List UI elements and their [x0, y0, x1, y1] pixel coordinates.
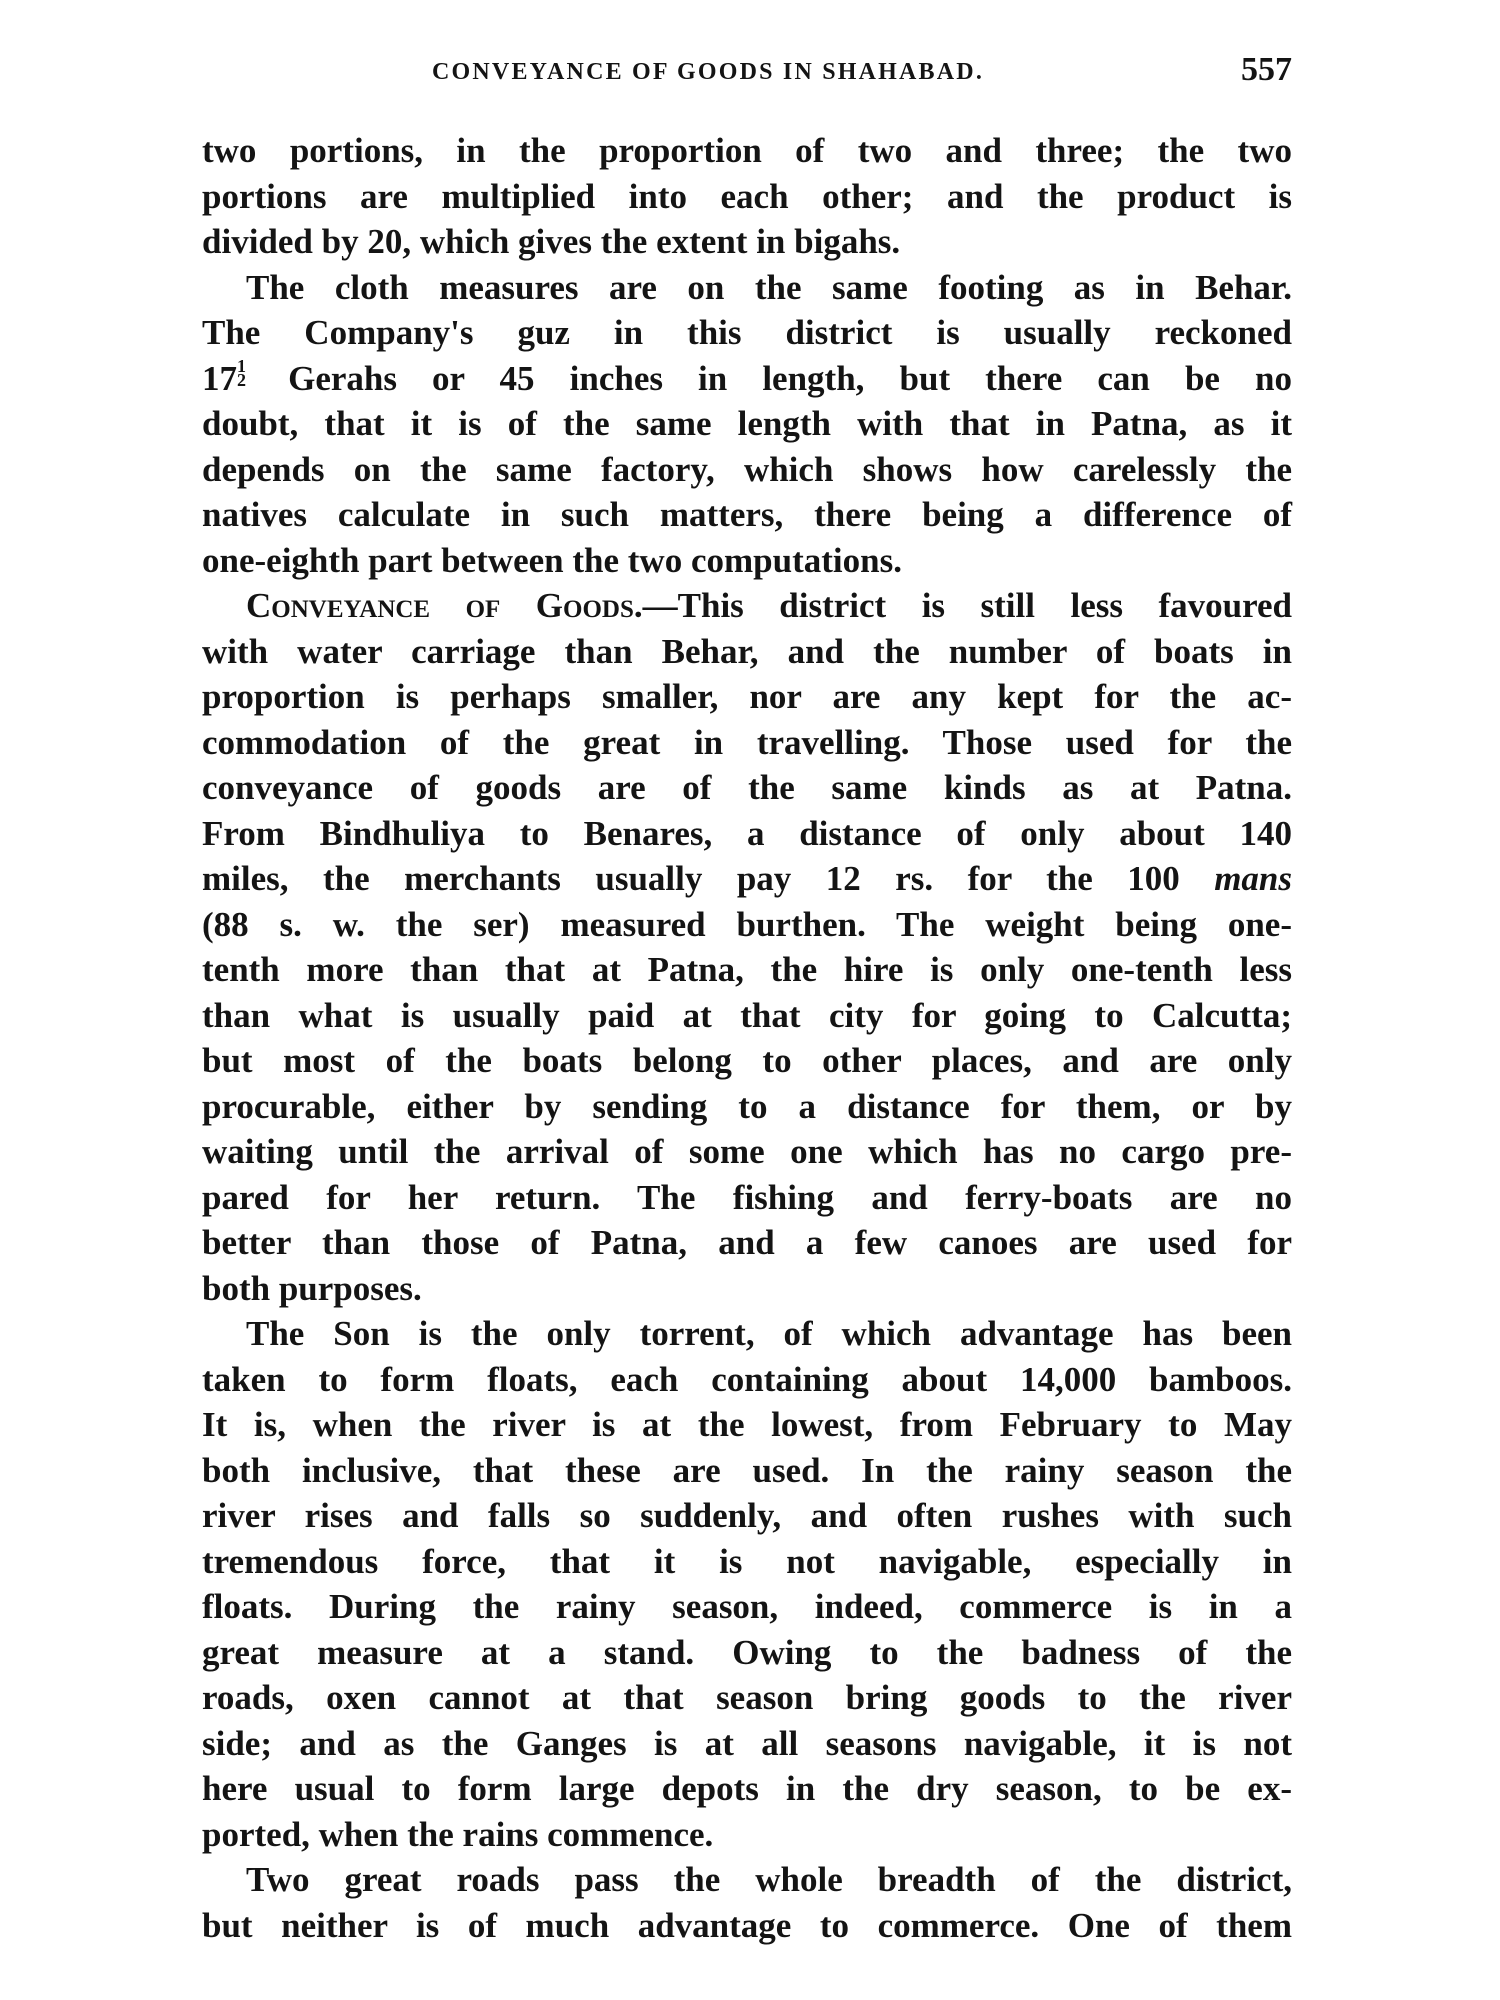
page-number: 557 — [1241, 48, 1292, 92]
text-line: doubt, that it is of the same length wit… — [202, 401, 1292, 447]
text-line: ported, when the rains commence. — [202, 1812, 1292, 1858]
text-line: The cloth measures are on the same footi… — [202, 265, 1292, 311]
text-line: roads, oxen cannot at that season bring … — [202, 1675, 1292, 1721]
text-line: both purposes. — [202, 1266, 1292, 1312]
text-line: floats. During the rainy season, indeed,… — [202, 1584, 1292, 1630]
line-rest: Gerahs or 45 inches in length, but there… — [288, 359, 1292, 398]
running-title: CONVEYANCE OF GOODS IN SHAHABAD. — [432, 52, 984, 92]
text-line: here usual to form large depots in the d… — [202, 1766, 1292, 1812]
text-line: side; and as the Ganges is at all season… — [202, 1721, 1292, 1767]
text-line: tremendous force, that it is not navigab… — [202, 1539, 1292, 1585]
text-line: From Bindhuliya to Benares, a distance o… — [202, 811, 1292, 857]
text-line: Two great roads pass the whole breadth o… — [202, 1857, 1292, 1903]
text-line: portions are multiplied into each other;… — [202, 174, 1292, 220]
text-line: The Son is the only torrent, of which ad… — [202, 1311, 1292, 1357]
text-line: both inclusive, that these are used. In … — [202, 1448, 1292, 1494]
text-line: miles, the merchants usually pay 12 rs. … — [202, 856, 1292, 902]
text-line: conveyance of goods are of the same kind… — [202, 765, 1292, 811]
text-line: great measure at a stand. Owing to the b… — [202, 1630, 1292, 1676]
whole-number: 17 — [202, 359, 237, 398]
fraction-denominator: 2 — [237, 373, 253, 387]
paragraph-4: The Son is the only torrent, of which ad… — [202, 1311, 1292, 1857]
text-line: depends on the same factory, which shows… — [202, 447, 1292, 493]
text-line: one-eighth part between the two computat… — [202, 538, 1292, 584]
paragraph-5: Two great roads pass the whole breadth o… — [202, 1857, 1292, 1948]
text-line: than what is usually paid at that city f… — [202, 993, 1292, 1039]
paragraph-2: The cloth measures are on the same footi… — [202, 265, 1292, 584]
book-page: CONVEYANCE OF GOODS IN SHAHABAD. 557 two… — [0, 0, 1500, 2000]
fraction-half: 12 — [237, 359, 253, 387]
text-line: with water carriage than Behar, and the … — [202, 629, 1292, 675]
italic-term: mans — [1214, 859, 1292, 898]
text-line: It is, when the river is at the lowest, … — [202, 1402, 1292, 1448]
paragraph-3: Conveyance of Goods.—This district is st… — [202, 583, 1292, 1311]
section-heading: Conveyance of Goods. — [246, 586, 643, 625]
text-line: river rises and falls so suddenly, and o… — [202, 1493, 1292, 1539]
text-line: natives calculate in such matters, there… — [202, 492, 1292, 538]
text-line: divided by 20, which gives the extent in… — [202, 219, 1292, 265]
text-line: Conveyance of Goods.—This district is st… — [202, 583, 1292, 629]
text-line: two portions, in the proportion of two a… — [202, 128, 1292, 174]
text-line: but neither is of much advantage to comm… — [202, 1903, 1292, 1949]
text-line: waiting until the arrival of some one wh… — [202, 1129, 1292, 1175]
paragraph-1: two portions, in the proportion of two a… — [202, 128, 1292, 265]
text-line: tenth more than that at Patna, the hire … — [202, 947, 1292, 993]
text-line: pared for her return. The fishing and fe… — [202, 1175, 1292, 1221]
text-line: better than those of Patna, and a few ca… — [202, 1220, 1292, 1266]
text-line: The Company's guz in this district is us… — [202, 310, 1292, 356]
body-text: two portions, in the proportion of two a… — [202, 128, 1292, 1948]
line-rest: —This district is still less favoured — [643, 586, 1292, 625]
text-line: (88 s. w. the ser) measured burthen. The… — [202, 902, 1292, 948]
text-line: proportion is perhaps smaller, nor are a… — [202, 674, 1292, 720]
text-line: but most of the boats belong to other pl… — [202, 1038, 1292, 1084]
text-line: procurable, either by sending to a dista… — [202, 1084, 1292, 1130]
line-rest: miles, the merchants usually pay 12 rs. … — [202, 859, 1180, 898]
text-line: taken to form floats, each containing ab… — [202, 1357, 1292, 1403]
running-header: CONVEYANCE OF GOODS IN SHAHABAD. 557 — [202, 52, 1292, 92]
text-line: commodation of the great in travelling. … — [202, 720, 1292, 766]
text-line: 1712 Gerahs or 45 inches in length, but … — [202, 356, 1292, 402]
